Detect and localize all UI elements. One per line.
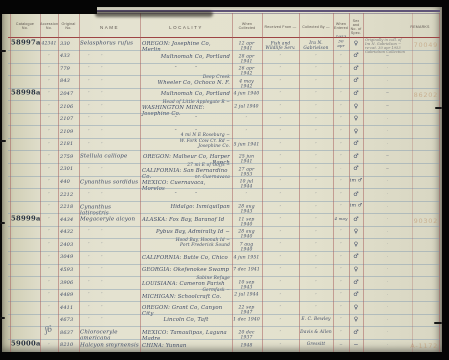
original-number: 4432 bbox=[60, 229, 79, 235]
sex-mark: ♀ bbox=[349, 40, 363, 47]
name-ditto: ″ ″ bbox=[88, 267, 138, 271]
left-edge-mark bbox=[0, 222, 5, 224]
remark-ditto: − bbox=[363, 167, 412, 171]
date-entered: ″ bbox=[334, 204, 348, 208]
column-rule bbox=[439, 13, 440, 352]
sex-mark: ♂ bbox=[349, 291, 363, 298]
locality-line: Multnomah Co, Portland bbox=[142, 91, 230, 97]
row-rule bbox=[8, 326, 440, 327]
received-from: ″ bbox=[263, 129, 298, 133]
accession-number: ″ bbox=[40, 104, 58, 108]
collected-by: ″ bbox=[300, 205, 332, 209]
catalogue-number: 58997a bbox=[11, 39, 40, 47]
date-entered: ″ bbox=[334, 267, 348, 271]
sex-mark: ♂ bbox=[349, 165, 363, 172]
accession-number: ″ bbox=[40, 116, 58, 120]
column-rule bbox=[140, 13, 141, 352]
date-entered: ″ bbox=[334, 292, 348, 296]
collected-by: ″ bbox=[300, 117, 332, 121]
locality-line: Wheeler Co, Ochoco N. F. bbox=[142, 80, 230, 86]
date-entered: ″ bbox=[334, 54, 348, 58]
original-number: 4489 bbox=[60, 292, 79, 298]
column-rule bbox=[333, 13, 334, 352]
right-edge-mark bbox=[435, 107, 442, 109]
original-number: 433 bbox=[60, 53, 79, 59]
accession-number: ″ bbox=[40, 229, 58, 233]
scanned-ledger-photo: Catalogue No.Accession No.Original No.NA… bbox=[0, 0, 449, 360]
right-edge-mark bbox=[434, 322, 442, 324]
collected-by: ″ bbox=[300, 217, 332, 221]
column-rule bbox=[10, 13, 11, 352]
original-number: 2759 bbox=[60, 154, 79, 160]
sex-mark: ♂ bbox=[349, 90, 363, 97]
received-from: ″ bbox=[263, 293, 298, 297]
received-from: ″ bbox=[263, 192, 298, 196]
original-number: 4673 bbox=[60, 317, 79, 323]
locality-line: OREGON: Grant Co, Canyon City bbox=[142, 305, 230, 317]
original-number: 4411 bbox=[60, 305, 79, 311]
date-collected: 2 jul 1944 bbox=[233, 292, 260, 297]
locality-line: Lincoln Co, Taft bbox=[142, 317, 230, 323]
original-number: 8210 bbox=[60, 342, 79, 348]
row-rule bbox=[8, 188, 440, 189]
locality-line: Port Frederick Sound bbox=[142, 243, 230, 248]
date-collected: 4 jun 1940 bbox=[233, 91, 260, 96]
name-ditto: ″ ″ bbox=[88, 129, 138, 133]
collected-by: ″ bbox=[300, 179, 332, 183]
row-rule bbox=[8, 213, 440, 214]
accession-number: ″ bbox=[40, 217, 58, 221]
received-from: ″ bbox=[263, 117, 298, 121]
sex-mark: im ♂ bbox=[349, 178, 363, 183]
row-rule bbox=[8, 314, 440, 315]
received-from: ″ bbox=[263, 217, 298, 221]
accession-number: ″ bbox=[40, 280, 58, 284]
column-rule bbox=[363, 13, 364, 352]
collected-by: ″ bbox=[300, 66, 332, 70]
name-ditto: ″ ″ bbox=[88, 91, 138, 95]
species-name: Stellula calliope bbox=[80, 153, 140, 159]
locality-line: GEORGIA: Okefenokee Swamp bbox=[142, 267, 230, 273]
sex-mark: ♀ bbox=[349, 316, 363, 323]
accession-number: ″ bbox=[40, 317, 58, 321]
remark-ditto: · bbox=[363, 179, 412, 183]
sex-mark: ♀ bbox=[349, 266, 363, 273]
accession-number: ″ bbox=[40, 66, 58, 70]
accession-number: ″ bbox=[40, 204, 58, 208]
sex-mark: ♂ bbox=[349, 140, 363, 147]
locality-line: Josephine Co. bbox=[142, 144, 230, 149]
collected-by: ″ bbox=[300, 280, 332, 284]
remark-ditto: · bbox=[363, 255, 412, 259]
name-ditto: ″ ″ bbox=[88, 280, 138, 284]
collected-by: Davis & Allen bbox=[300, 330, 332, 335]
accession-number: ″ bbox=[40, 179, 58, 183]
original-number: 2109 bbox=[60, 129, 79, 135]
date-collected: 1 dec 1940 bbox=[233, 317, 260, 322]
catalogue-number: 58998a bbox=[11, 89, 40, 97]
original-number: 2403 bbox=[60, 242, 79, 248]
collected-by: ″ bbox=[300, 255, 332, 259]
collected-by: ″ bbox=[300, 129, 332, 133]
remark-ditto: · bbox=[363, 280, 412, 284]
received-from: ″ bbox=[263, 142, 298, 146]
row-rule bbox=[8, 100, 440, 101]
accession-stamp: 86202 bbox=[404, 92, 438, 99]
date-entered: ″ bbox=[334, 91, 348, 95]
date-entered: ″ bbox=[334, 129, 348, 133]
locality-line: ALASKA: Fox Bay, Baranof Id bbox=[142, 217, 230, 223]
remark-ditto: · bbox=[363, 117, 412, 121]
locality-line: ″ ″ bbox=[142, 116, 230, 122]
remark-ditto: · bbox=[363, 129, 412, 133]
accession-number: 42341 bbox=[40, 41, 58, 46]
original-number: 2301 bbox=[60, 166, 79, 172]
remark-ditto: · bbox=[363, 205, 412, 209]
original-number: 330 bbox=[60, 41, 79, 47]
catalogue-number: 59000a bbox=[11, 340, 40, 348]
remark-ditto: · bbox=[363, 79, 412, 83]
remark-ditto: · bbox=[363, 293, 412, 297]
collected-by: ″ bbox=[300, 242, 332, 246]
name-ditto: ″ ″ bbox=[88, 242, 138, 246]
original-number: 440 bbox=[60, 179, 79, 185]
accession-stamp: 70049 bbox=[404, 42, 438, 49]
left-edge-mark bbox=[0, 317, 5, 319]
collected-by: Gressitt bbox=[300, 342, 332, 347]
sex-mark: ♀ bbox=[349, 304, 363, 311]
row-rule bbox=[8, 50, 440, 51]
row-rule bbox=[8, 163, 440, 164]
locality-line: Pybus Bay, Admiralty Id − bbox=[142, 229, 230, 235]
left-edge-mark bbox=[0, 140, 6, 142]
column-rule bbox=[349, 13, 350, 352]
remark-ditto: · bbox=[363, 66, 412, 70]
sex-mark: ♀ bbox=[349, 115, 363, 122]
locality-line: ″ ″ bbox=[142, 192, 230, 198]
locality-line: Multnomah Co, Portland bbox=[142, 54, 230, 60]
date-collected: 7 dec 1941 bbox=[233, 267, 260, 272]
row-rule bbox=[8, 88, 440, 89]
row-rule bbox=[8, 138, 440, 139]
collected-by: ″ bbox=[300, 192, 332, 196]
received-from: ″ bbox=[263, 79, 298, 83]
collected-by: E. C. Bewley bbox=[300, 317, 332, 322]
date-entered: ″ bbox=[334, 192, 348, 196]
date-entered: · bbox=[334, 167, 348, 171]
species-name: Halcyon smyrnensis bbox=[80, 342, 140, 348]
date-entered: ″ bbox=[334, 79, 348, 83]
original-number: 2181 bbox=[60, 141, 79, 147]
date-entered: ″ bbox=[334, 179, 348, 183]
original-number: 2218 bbox=[60, 204, 79, 210]
original-number: 8637 bbox=[60, 330, 79, 336]
sex-mark: ♀ bbox=[349, 228, 363, 235]
accession-number: ″ bbox=[40, 54, 58, 58]
locality-line: MEXICO: Tamaulipas, Laguna Madre bbox=[142, 330, 230, 342]
name-ditto: ″ ″ bbox=[88, 54, 138, 58]
accession-number: ″ bbox=[40, 142, 58, 146]
received-from: ″ bbox=[263, 54, 298, 58]
name-ditto: ″ ″ bbox=[88, 255, 138, 259]
species-name: Selasphorus rufus bbox=[80, 40, 140, 46]
locality-line: ″ ″ bbox=[142, 66, 230, 72]
original-number: 2212 bbox=[60, 192, 79, 198]
date-entered: ″ bbox=[334, 229, 348, 233]
date-entered: ″ bbox=[334, 255, 348, 259]
date-collected: 4 jun 1951 bbox=[233, 255, 260, 260]
scan-border-right bbox=[442, 0, 449, 360]
scan-border-corner bbox=[0, 0, 97, 14]
row-rule bbox=[8, 251, 440, 252]
received-from: ″ bbox=[263, 343, 298, 347]
collected-by: ″ bbox=[300, 267, 332, 271]
date-collected: ″ bbox=[233, 192, 260, 196]
received-from: Fish and Wildlife Serv. bbox=[263, 41, 298, 50]
original-number: 843 bbox=[60, 78, 79, 84]
locality-line: OREGON: Josephine Co, Merlin bbox=[142, 41, 230, 53]
left-edge-mark bbox=[0, 50, 6, 52]
remark-ditto: · bbox=[363, 267, 412, 271]
received-from: ″ bbox=[263, 255, 298, 259]
name-ditto: ″ ″ bbox=[88, 229, 138, 233]
accession-number: ″ bbox=[40, 91, 58, 95]
column-rule bbox=[232, 13, 233, 352]
sex-mark: ♀ bbox=[349, 103, 363, 110]
remark-ditto: − bbox=[363, 154, 412, 158]
collected-by: ″ bbox=[300, 91, 332, 95]
date-entered: ″ bbox=[334, 154, 348, 158]
accession-number: ″ bbox=[40, 129, 58, 133]
species-name: Megaceryle alcyon bbox=[80, 216, 140, 222]
row-rule bbox=[8, 264, 440, 265]
column-rule bbox=[262, 13, 263, 352]
name-ditto: ″ ″ bbox=[88, 292, 138, 296]
row-rule bbox=[8, 238, 440, 239]
locality-line: MEXICO: Cuernavaca, Morelos bbox=[142, 180, 230, 192]
sex-mark: ♀ bbox=[349, 241, 363, 248]
original-number: 4593 bbox=[60, 267, 79, 273]
sex-mark: ♂ bbox=[349, 279, 363, 286]
sex-mark: ♂ bbox=[349, 191, 363, 198]
locality-line: Hidalgo: Ixmiquilpan bbox=[142, 204, 230, 210]
name-ditto: ″ ″ bbox=[88, 167, 138, 171]
column-rule bbox=[40, 13, 41, 352]
date-collected: 1948 bbox=[233, 343, 260, 348]
received-from: ″ bbox=[263, 230, 298, 234]
remark-ditto: · bbox=[363, 192, 412, 196]
date-entered: ″ bbox=[334, 104, 348, 108]
date-entered: ″ bbox=[334, 280, 348, 284]
original-number: 4434 bbox=[60, 217, 79, 223]
collected-by: ″ bbox=[300, 305, 332, 309]
locality-line: LOUISIANA: Cameron Parish bbox=[142, 281, 230, 287]
collected-by: ″ bbox=[300, 154, 332, 158]
received-from: ″ bbox=[263, 154, 298, 158]
scan-smudge bbox=[95, 11, 213, 17]
collected-by: ″ bbox=[300, 230, 332, 234]
accession-number: ″ bbox=[40, 255, 58, 259]
collected-by: ″ bbox=[300, 104, 332, 108]
row-rule bbox=[8, 75, 440, 76]
accession-number: ″ bbox=[40, 192, 58, 196]
accession-stamp: 90302 bbox=[404, 218, 438, 225]
date-collected: 2 jul 1940 bbox=[233, 104, 260, 109]
received-from: ″ bbox=[263, 205, 298, 209]
accession-number: ″ bbox=[40, 343, 58, 347]
original-number: 2047 bbox=[60, 91, 79, 97]
remark-ditto: · bbox=[363, 305, 412, 309]
date-entered: ″ bbox=[334, 142, 348, 146]
original-number: 3906 bbox=[60, 280, 79, 286]
remark-ditto: · bbox=[363, 318, 412, 322]
column-rule bbox=[299, 13, 300, 352]
date-entered: ″ bbox=[334, 116, 348, 120]
sex-mark: ♂ bbox=[349, 77, 363, 84]
row-rule bbox=[8, 125, 440, 126]
column-rule bbox=[79, 13, 80, 352]
name-ditto: ″ ″ bbox=[88, 305, 138, 309]
accession-number: ″ bbox=[40, 267, 58, 271]
original-number: 779 bbox=[60, 66, 79, 72]
row-rule bbox=[8, 113, 440, 114]
received-from: ″ bbox=[263, 280, 298, 284]
remark-ditto: − bbox=[363, 104, 412, 108]
column-rule bbox=[58, 13, 59, 352]
received-from: ″ bbox=[263, 179, 298, 183]
received-from: ″ bbox=[263, 167, 298, 171]
sex-mark: ♂ bbox=[349, 65, 363, 72]
date-entered: 4 may bbox=[334, 217, 348, 221]
collected-by: ″ bbox=[300, 293, 332, 297]
date-entered: ″ bbox=[334, 242, 348, 246]
sex-mark: ♂ bbox=[349, 216, 363, 223]
accession-number: ″ bbox=[40, 292, 58, 296]
name-ditto: ″ ″ bbox=[88, 116, 138, 120]
row-rule bbox=[8, 339, 440, 340]
species-name: Cynanthus sordidus bbox=[80, 179, 140, 185]
locality-line: MICHIGAN: Schoolcraft Co. bbox=[142, 294, 230, 300]
remark-ditto: · bbox=[363, 242, 412, 246]
date-entered: ″ bbox=[334, 330, 348, 334]
original-number: 3049 bbox=[60, 254, 79, 260]
date-entered: − bbox=[334, 343, 348, 347]
sex-mark: ♂ bbox=[349, 153, 363, 160]
collected-by: ″ bbox=[300, 54, 332, 58]
remark-ditto: − bbox=[363, 54, 412, 58]
date-entered: ″ bbox=[334, 317, 348, 321]
locality-line: CHINA: Yunnan bbox=[142, 343, 230, 349]
received-from: ″ bbox=[263, 318, 298, 322]
accession-number: ″ bbox=[40, 167, 58, 171]
accession-number: ″ bbox=[40, 305, 58, 309]
remark-ditto: · bbox=[363, 230, 412, 234]
collected-by: ″ bbox=[300, 79, 332, 83]
row-rule bbox=[8, 63, 440, 64]
row-rule bbox=[8, 201, 440, 202]
header-red-rule bbox=[8, 37, 440, 38]
date-entered: ″ bbox=[334, 66, 348, 70]
locality-line: CALIFORNIA: Butte Co, Chico bbox=[142, 255, 230, 261]
date-entered: ″ bbox=[334, 305, 348, 309]
column-rule bbox=[412, 13, 413, 352]
received-from: ″ bbox=[263, 66, 298, 70]
accession-number: ″ bbox=[40, 154, 58, 158]
sex-mark: ♂ bbox=[349, 329, 363, 336]
row-rule bbox=[8, 176, 440, 177]
received-from: ″ bbox=[263, 104, 298, 108]
received-from: ″ bbox=[263, 330, 298, 334]
sex-mark: ♀ bbox=[349, 128, 363, 135]
accession-number: ″ bbox=[40, 79, 58, 83]
name-ditto: ″ ″ bbox=[88, 66, 138, 70]
collected-by: ″ bbox=[300, 167, 332, 171]
sex-mark: im ♂ bbox=[349, 203, 363, 208]
ledger-table: 58997a42341330Selasphorus rufusOREGON: J… bbox=[2, 6, 442, 352]
received-from: ″ bbox=[263, 242, 298, 246]
sex-mark: ♂ bbox=[349, 52, 363, 59]
sex-mark: ♂ bbox=[349, 253, 363, 260]
accession-number: ″ bbox=[40, 242, 58, 246]
sex-mark: − bbox=[349, 341, 363, 348]
row-rule bbox=[8, 289, 440, 290]
name-ditto: ″ ″ bbox=[88, 142, 138, 146]
row-rule bbox=[8, 276, 440, 277]
remark-ditto: · bbox=[363, 142, 412, 146]
received-from: ″ bbox=[263, 267, 298, 271]
name-ditto: ″ ″ bbox=[88, 192, 138, 196]
accession-stamp: A-1172 bbox=[404, 343, 438, 350]
row-rule bbox=[8, 226, 440, 227]
row-rule bbox=[8, 150, 440, 151]
original-number: 2106 bbox=[60, 104, 79, 110]
collected-by: ″ bbox=[300, 142, 332, 146]
original-number: 2107 bbox=[60, 116, 79, 122]
catalogue-number: 58999a bbox=[11, 215, 40, 223]
collected-by: Ira N. Gabrielson bbox=[300, 41, 332, 51]
date-collected: ″ bbox=[233, 116, 260, 120]
date-collected: 5 jun 1941 bbox=[233, 142, 260, 147]
name-ditto: ″ ″ bbox=[88, 317, 138, 321]
name-ditto: ″ ″ bbox=[88, 104, 138, 108]
remark-ditto: · bbox=[363, 330, 412, 334]
received-from: ″ bbox=[263, 91, 298, 95]
ledger-page: Catalogue No.Accession No.Original No.NA… bbox=[2, 6, 442, 352]
name-ditto: ″ ″ bbox=[88, 79, 138, 83]
row-rule bbox=[8, 301, 440, 302]
date-collected: ″ bbox=[233, 129, 260, 133]
received-from: ″ bbox=[263, 305, 298, 309]
scan-border-bottom bbox=[0, 352, 449, 360]
